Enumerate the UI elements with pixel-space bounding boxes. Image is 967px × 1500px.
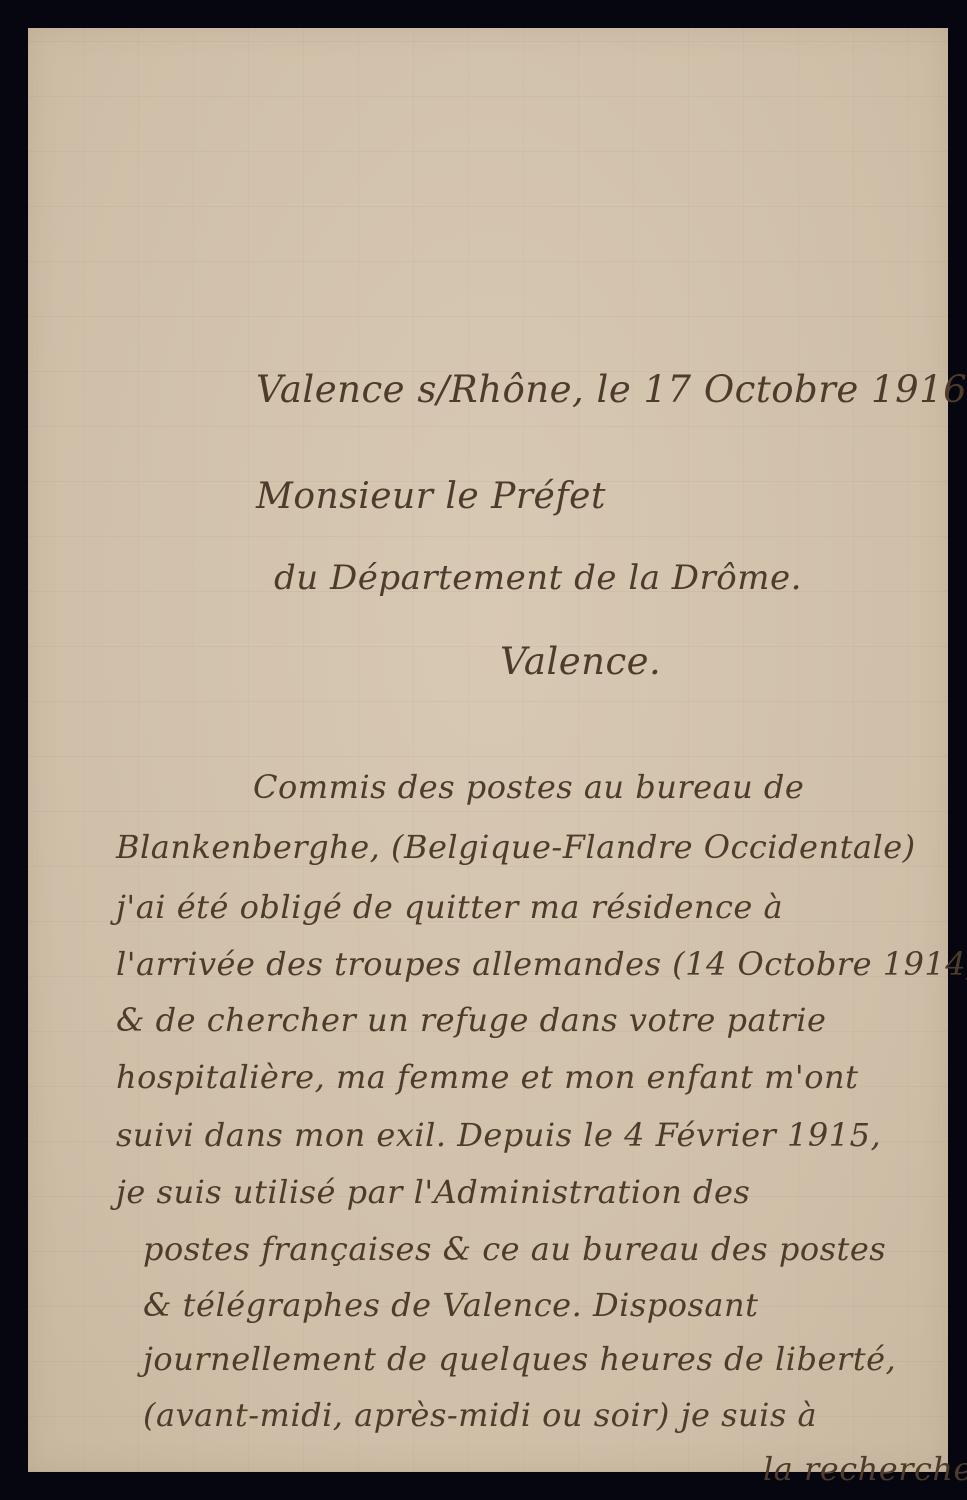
body-line: je suis utilisé par l'Administration des bbox=[116, 1173, 750, 1211]
date-line: Valence s/Rhône, le 17 Octobre 1916. bbox=[256, 368, 967, 411]
body-line-continued: la recherche bbox=[763, 1450, 967, 1488]
body-line: & télégraphes de Valence. Disposant bbox=[143, 1286, 758, 1324]
body-line: journellement de quelques heures de libe… bbox=[143, 1340, 896, 1378]
letter-page: Valence s/Rhône, le 17 Octobre 1916. Mon… bbox=[28, 28, 948, 1472]
body-line: l'arrivée des troupes allemandes (14 Oct… bbox=[116, 945, 967, 983]
body-line: j'ai été obligé de quitter ma résidence … bbox=[116, 888, 783, 926]
body-line: hospitalière, ma femme et mon enfant m'o… bbox=[116, 1058, 858, 1096]
body-line: (avant-midi, après-midi ou soir) je suis… bbox=[143, 1396, 817, 1434]
body-line: & de chercher un refuge dans votre patri… bbox=[116, 1001, 826, 1039]
body-line: Commis des postes au bureau de bbox=[253, 768, 804, 806]
body-line: suivi dans mon exil. Depuis le 4 Février… bbox=[116, 1116, 881, 1154]
addressee-department: du Département de la Drôme. bbox=[274, 558, 802, 598]
body-line: postes françaises & ce au bureau des pos… bbox=[143, 1230, 886, 1268]
body-line: Blankenberghe, (Belgique-Flandre Occiden… bbox=[116, 828, 916, 866]
addressee-title: Monsieur le Préfet bbox=[256, 476, 606, 517]
addressee-city: Valence. bbox=[500, 640, 661, 683]
